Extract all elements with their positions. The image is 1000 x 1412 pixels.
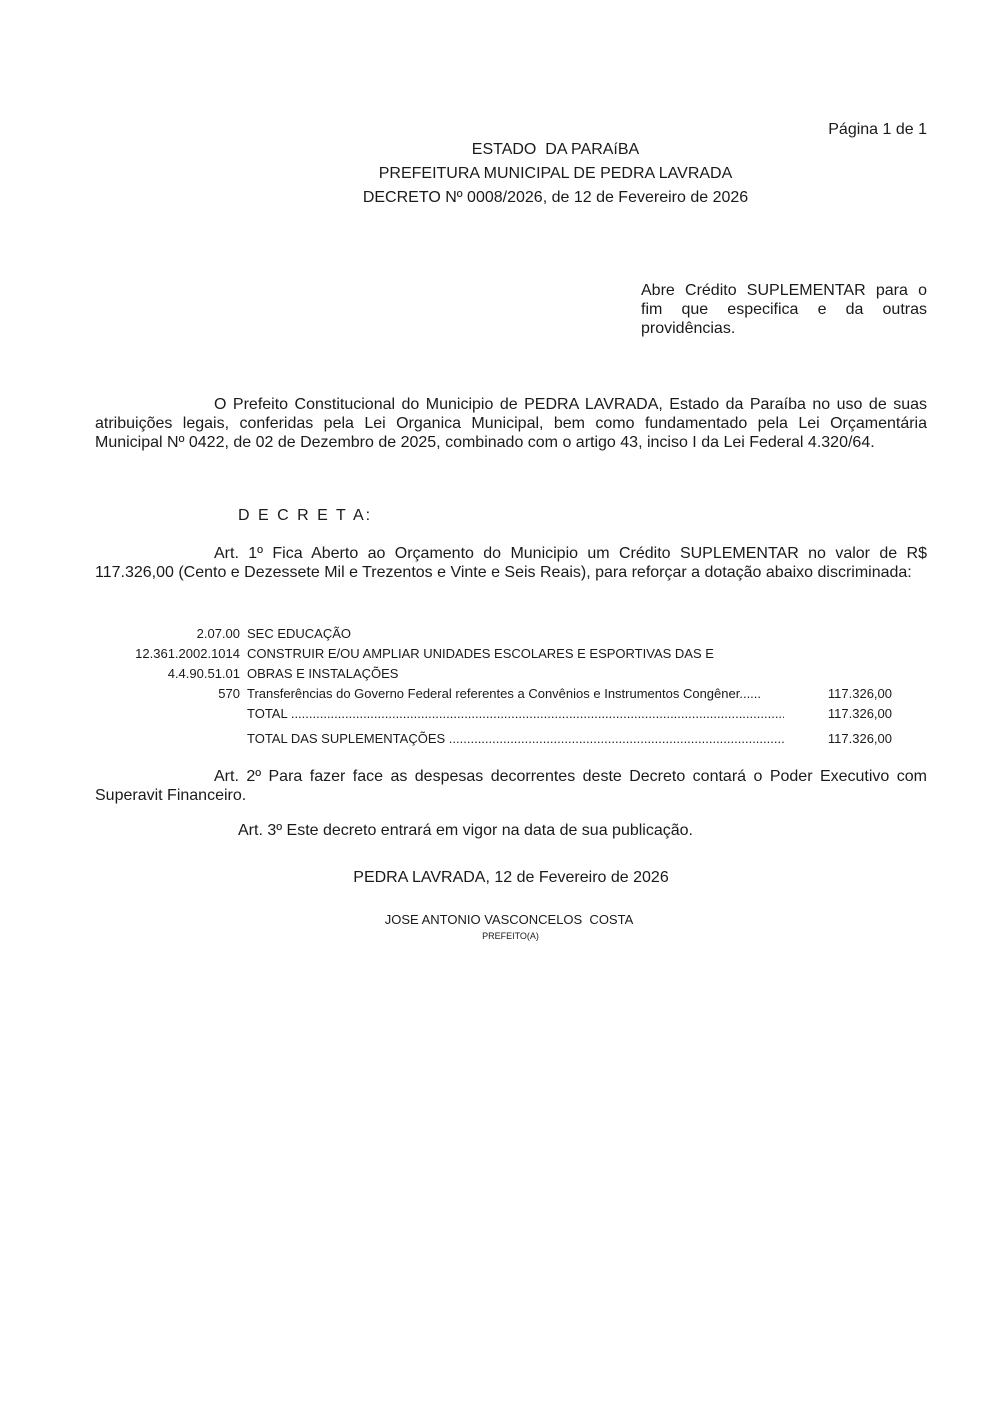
allocation-description: Transferências do Governo Federal refere… (247, 686, 761, 701)
grand-total-label: TOTAL DAS SUPLEMENTAÇÕES ...............… (247, 731, 784, 746)
allocation-row: 4.4.90.51.01 OBRAS E INSTALAÇÕES (95, 666, 927, 684)
allocation-code: 12.361.2002.1014 (135, 646, 240, 661)
header-state: ESTADO DA PARAíBA (0, 141, 1000, 159)
header-municipality: PREFEITURA MUNICIPAL DE PEDRA LAVRADA (0, 165, 1000, 183)
ementa: Abre Crédito SUPLEMENTAR para o fim que … (641, 281, 927, 338)
allocation-row: 2.07.00 SEC EDUCAÇÃO (95, 626, 927, 644)
allocation-description: SEC EDUCAÇÃO (247, 626, 351, 641)
place-and-date: PEDRA LAVRADA, 12 de Fevereiro de 2026 (0, 869, 1000, 887)
allocation-description: OBRAS E INSTALAÇÕES (247, 666, 398, 681)
signer-name: JOSE ANTONIO VASCONCELOS COSTA (0, 912, 1000, 927)
allocation-amount: 117.326,00 (828, 686, 892, 701)
allocation-code: 4.4.90.51.01 (168, 666, 240, 681)
preamble-paragraph: O Prefeito Constitucional do Municipio d… (95, 395, 927, 452)
allocation-description: CONSTRUIR E/OU AMPLIAR UNIDADES ESCOLARE… (247, 646, 714, 661)
allocation-row: 12.361.2002.1014 CONSTRUIR E/OU AMPLIAR … (95, 646, 927, 664)
article-3: Art. 3º Este decreto entrará em vigor na… (238, 822, 693, 840)
allocation-code: 570 (218, 686, 240, 701)
allocation-code: 2.07.00 (197, 626, 240, 641)
article-2: Art. 2º Para fazer face as despesas deco… (95, 767, 927, 805)
decreta-heading: D E C R E T A: (238, 507, 372, 525)
article-1: Art. 1º Fica Aberto ao Orçamento do Muni… (95, 544, 927, 582)
allocation-row: 570 Transferências do Governo Federal re… (95, 686, 927, 704)
header-decree-title: DECRETO Nº 0008/2026, de 12 de Fevereiro… (0, 189, 1000, 207)
page-number: Página 1 de 1 (828, 121, 927, 139)
total-label: TOTAL ..................................… (247, 706, 784, 721)
grand-total-amount: 117.326,00 (828, 731, 892, 746)
grand-total-row: TOTAL DAS SUPLEMENTAÇÕES ...............… (95, 731, 927, 749)
signer-role: PREFEITO(A) (0, 931, 1000, 941)
total-row: TOTAL ..................................… (95, 706, 927, 724)
total-amount: 117.326,00 (828, 706, 892, 721)
